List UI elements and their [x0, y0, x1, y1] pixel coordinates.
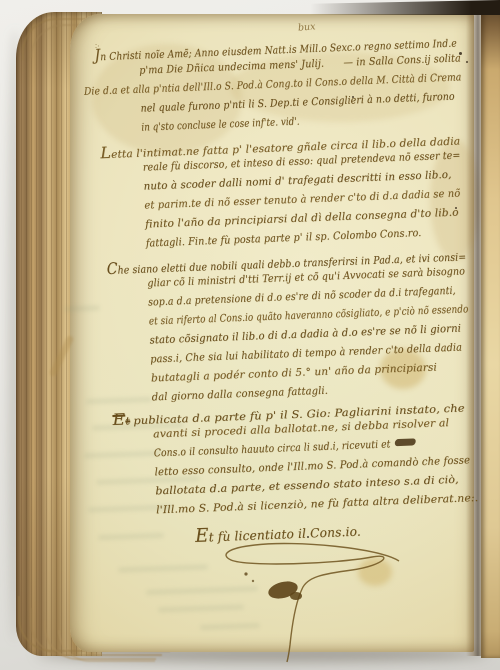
manuscript-page: [70, 14, 474, 652]
photo-background: Jn Christi noĩe Amẽ; Anno eiusdem Natt.i…: [0, 0, 500, 670]
adjacent-page-edge: [481, 4, 500, 658]
folio-mark: bux: [298, 21, 316, 33]
ink-speck: [352, 96, 354, 98]
stain: [358, 558, 392, 586]
ink-speck: [459, 52, 462, 55]
marginal-mark: ∶·: [95, 42, 100, 51]
ink-speck: [455, 207, 457, 209]
page-crease: [466, 12, 482, 656]
stain: [92, 44, 242, 154]
stain: [230, 52, 450, 122]
stain: [380, 349, 426, 389]
ink-speck: [307, 536, 309, 538]
gutter-shadow: [310, 0, 500, 15]
